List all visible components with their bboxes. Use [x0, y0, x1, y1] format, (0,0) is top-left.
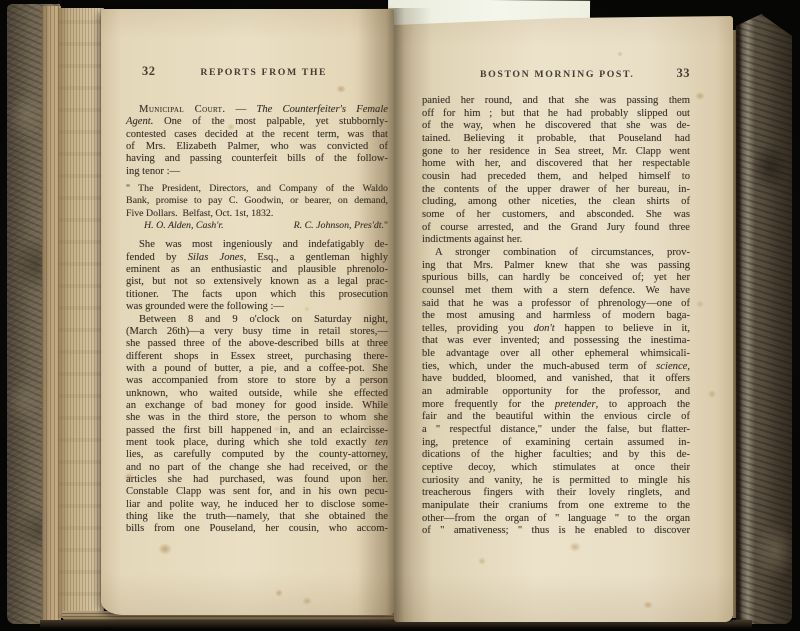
text-line: titioner. The facts upon which this pros…	[126, 289, 388, 301]
text-line: Five Dollars. Belfast, Oct. 1st, 1832.	[126, 208, 388, 220]
text-line: the most amusing and harmless of modern …	[422, 310, 690, 323]
text-line: other—from the organ of " language " to …	[422, 513, 690, 526]
text-line: some of her customers, and absconded. Sh…	[422, 209, 690, 222]
text-line: with a pound of butter, a pie, and a cof…	[126, 363, 388, 375]
text-line: ing that Mrs. Palmer knew that she was p…	[422, 260, 690, 273]
text-line: that was ever invented; and possessing t…	[422, 335, 690, 348]
text-line: gone to her residence in Sea street, Mr.…	[422, 146, 690, 159]
paragraph: panied her round, and that she was passi…	[422, 95, 690, 247]
text-line: (March 26th)—a very busy time in retail …	[126, 326, 388, 338]
text-line: contested cases decided at the recent te…	[126, 129, 388, 141]
paragraph: Municipal Court. — The Counterfeiter's F…	[126, 104, 388, 178]
text-line: indictments against her.	[422, 234, 690, 247]
text-line: articles she had purchased, was found up…	[126, 474, 388, 486]
text-line: was grounded were the following :—	[126, 301, 388, 313]
text-line: bills from one Pouseland, her cousin, wh…	[126, 523, 388, 535]
text-line: passed the first bill happened in, and a…	[126, 425, 388, 437]
left-page-header: 32 REPORTS FROM THE	[126, 64, 388, 79]
text-line: counsel met them with a stern defence. W…	[422, 285, 690, 298]
text-line: Constable Clapp was sent for, and in his…	[126, 486, 388, 498]
left-page-number: 32	[142, 64, 156, 79]
text-line: she was in the third store, the person t…	[126, 412, 388, 424]
text-line: unknown, who waited outside, while she e…	[126, 388, 388, 400]
text-line: of course arrested, and the Grand Jury f…	[422, 222, 690, 235]
left-page-text: Municipal Court. — The Counterfeiter's F…	[126, 104, 388, 536]
text-line: ceptive decoy, which stimulates at once …	[422, 462, 690, 475]
paragraph: " The President, Directors, and Company …	[126, 183, 388, 232]
text-line: Between 8 and 9 o'clock on Saturday nigh…	[126, 314, 388, 326]
text-line: gist, but not so extensively known as a …	[126, 276, 388, 288]
text-line: cluding, among other niceties, the clean…	[422, 196, 690, 209]
text-line: curiosity and vanity, he is permitted to…	[422, 475, 690, 488]
text-line: H. O. Alden, Cash'r.R. C. Johnson, Pres'…	[126, 220, 388, 232]
photo-background: 32 REPORTS FROM THE Municipal Court. — T…	[0, 0, 800, 631]
text-line: eminent as an enthusiastic and plausible…	[126, 264, 388, 276]
page-edges-left	[58, 8, 104, 618]
text-line: She was most ingeniously and indefatigab…	[126, 239, 388, 251]
text-line: Bank, promise to pay C. Goodwin, or bear…	[126, 195, 388, 207]
text-line: ties, which, under the much-abused term …	[422, 361, 690, 374]
text-line: fended by Silas Jones, Esq., a gentleman…	[126, 252, 388, 264]
text-line: spurious bills, can hardly be conceived …	[422, 272, 690, 285]
text-line: Municipal Court. — The Counterfeiter's F…	[126, 104, 388, 116]
right-page-number: 33	[677, 66, 691, 81]
right-page: BOSTON MORNING POST. 33 panied her round…	[394, 16, 733, 622]
text-line: a " respectful distance," under the fals…	[422, 424, 690, 437]
text-line: she passed three of the above-described …	[126, 338, 388, 350]
text-line: was accompanied from store to store by a…	[126, 375, 388, 387]
book-cover-right	[736, 14, 792, 624]
text-line: liar and polite way, he induced her to d…	[126, 499, 388, 511]
paragraph: Between 8 and 9 o'clock on Saturday nigh…	[126, 314, 388, 536]
text-line: telles, providing you don't happen to be…	[422, 323, 690, 336]
text-line: ing tenor :—	[126, 166, 388, 178]
text-line: lies, as carefully computed by the count…	[126, 449, 388, 461]
text-line: different shops in Essex street, purchas…	[126, 351, 388, 363]
text-line: of the way, when he discovered that she …	[422, 120, 690, 133]
text-line: off for him ; but that he had probably s…	[422, 108, 690, 121]
text-line: panied her round, and that she was passi…	[422, 95, 690, 108]
text-line: an admirable opportunity for the profess…	[422, 386, 690, 399]
left-running-head: REPORTS FROM THE	[156, 67, 373, 78]
right-page-header: BOSTON MORNING POST. 33	[422, 66, 690, 81]
text-line: an exchange of bad money for good inside…	[126, 400, 388, 412]
text-line: the contents of the upper drawer of her …	[422, 184, 690, 197]
text-line: ing, pretence of examining certain assum…	[422, 437, 690, 450]
text-line: more frequently for the pretender, to ap…	[422, 399, 690, 412]
text-line: treacherous fingers with their lovely ri…	[422, 487, 690, 500]
left-page: 32 REPORTS FROM THE Municipal Court. — T…	[101, 9, 394, 615]
text-line: having and passing counterfeit bills of …	[126, 153, 388, 165]
text-line: thing like the truth—namely, that she ob…	[126, 511, 388, 523]
paragraph: She was most ingeniously and indefatigab…	[126, 239, 388, 313]
text-line: and no part of the change she had receiv…	[126, 462, 388, 474]
text-line: fair and the beautiful within the enviou…	[422, 411, 690, 424]
right-running-head: BOSTON MORNING POST.	[438, 69, 677, 80]
text-line: said that he was a professor of phrenolo…	[422, 298, 690, 311]
text-line: of Mrs. Elizabeth Palmer, who was convic…	[126, 141, 388, 153]
text-line: of " amativeness; " thus is he enabled t…	[422, 525, 690, 538]
text-line: ble advantage over all other ephemeral w…	[422, 348, 690, 361]
text-line: ment took place, during which she told e…	[126, 437, 388, 449]
right-page-text: panied her round, and that she was passi…	[422, 95, 690, 538]
text-line: manipulate their craniums from one extre…	[422, 500, 690, 513]
text-line: Agent. One of the most palpable, yet stu…	[126, 116, 388, 128]
text-line: dications of the higher faculties; and b…	[422, 449, 690, 462]
text-line: have budded, bloomed, and vanished, that…	[422, 373, 690, 386]
text-line: cousin had preceded them, and helped him…	[422, 171, 690, 184]
text-line: tained. Believing it probable, that Pous…	[422, 133, 690, 146]
text-line: " The President, Directors, and Company …	[126, 183, 388, 195]
paragraph: A stronger combination of circumstances,…	[422, 247, 690, 538]
text-line: A stronger combination of circumstances,…	[422, 247, 690, 260]
text-line: home with her, and discovered that her r…	[422, 158, 690, 171]
